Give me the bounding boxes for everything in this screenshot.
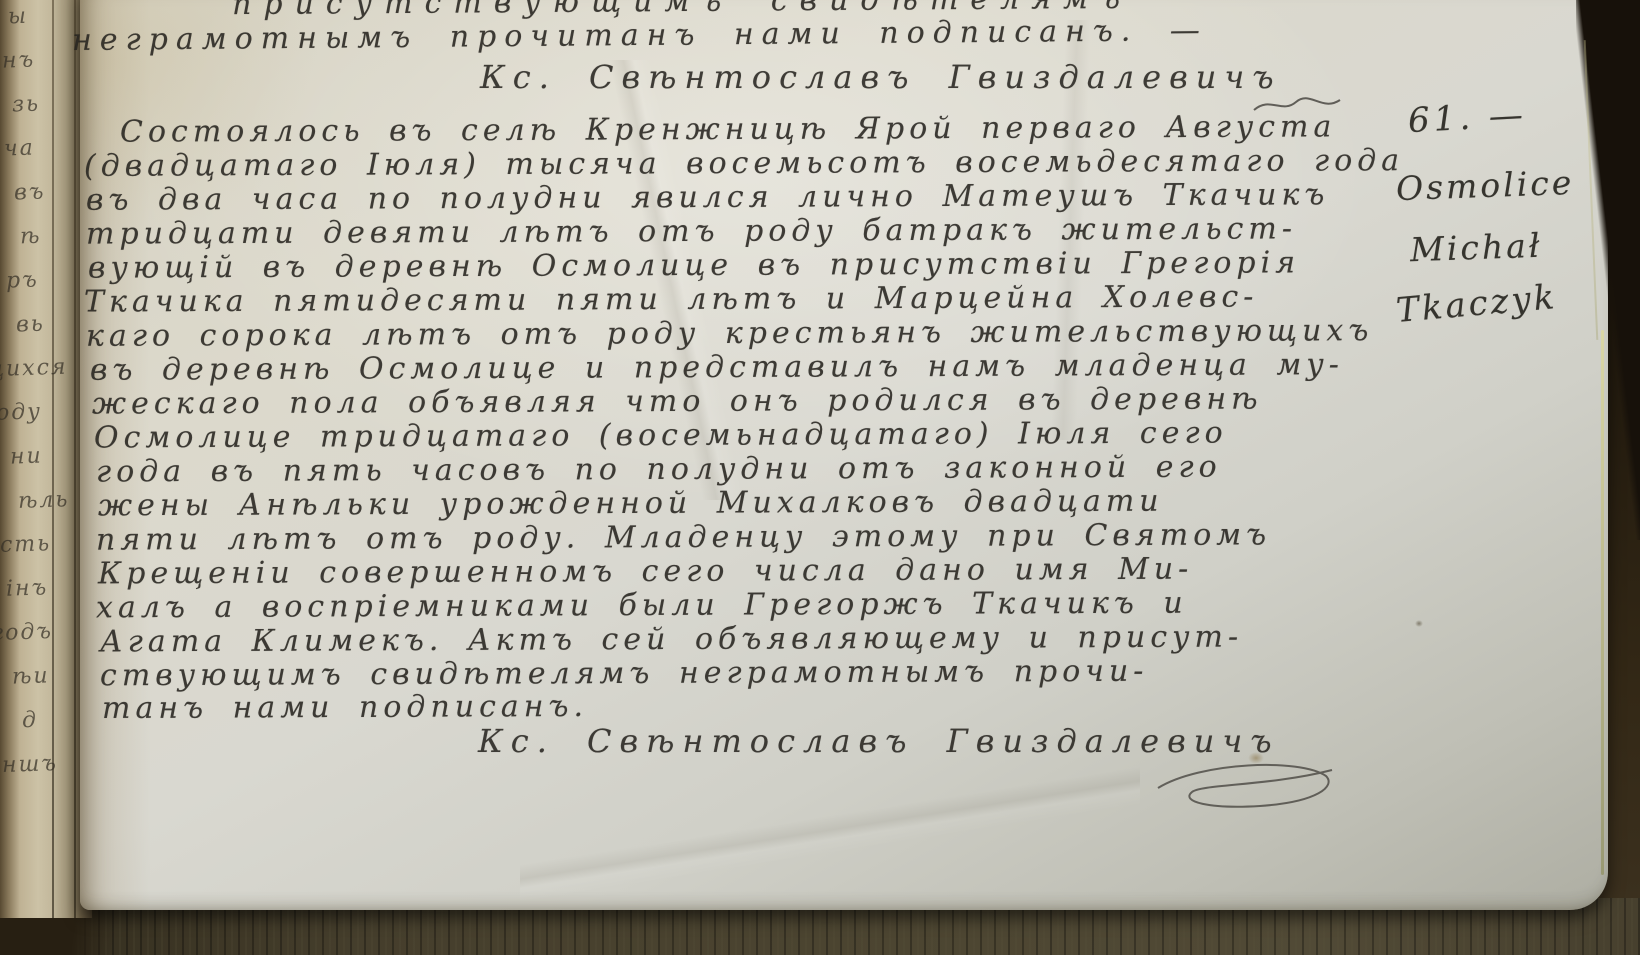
- page-fragment: годъ: [0, 619, 53, 646]
- page-fragment: оду: [0, 399, 42, 426]
- page-fragment: інъ: [6, 575, 49, 601]
- page-fragment: ѣ: [20, 224, 42, 250]
- page-edge-highlight: [1601, 330, 1604, 875]
- page-fragment: ни: [10, 443, 44, 469]
- page-fragment: сть: [0, 531, 52, 558]
- page-fragment: въ: [14, 179, 46, 205]
- record-line: ствующимъ свидѣтелямъ неграмотнымъ прочи…: [100, 654, 1149, 694]
- page-fragment: ча: [4, 135, 36, 161]
- record-line: жены Анѣльки урожденной Михалковъ двадца…: [98, 484, 1164, 524]
- page-fragment: щихся: [0, 355, 68, 383]
- previous-page-strip: ы нъ зь ча въ ѣ ръ вь щихся оду ни ѣль с…: [0, 0, 92, 918]
- page-fragment: д: [22, 708, 39, 734]
- page-fragment: ѣль: [18, 487, 70, 514]
- page-edge-line: [74, 0, 76, 918]
- priest-signature: Кс. Свѣнтославъ Гвиздалевичъ: [478, 722, 1280, 760]
- page-fragment: ншъ: [2, 751, 59, 778]
- margin-given-name: Michał: [1409, 226, 1543, 270]
- margin-place-name: Osmolice: [1395, 163, 1575, 208]
- page-fragment: ѣи: [12, 663, 50, 689]
- record-line: халъ а воспріемниками были Грегоржъ Ткач…: [96, 586, 1188, 626]
- page-fragment: ръ: [6, 267, 40, 293]
- page-fragment: нъ: [2, 47, 36, 73]
- paper-stain: [1415, 620, 1423, 627]
- priest-signature: Кс. Свѣнтославъ Гвиздалевичъ: [480, 58, 1282, 96]
- act-number: 61. —: [1407, 95, 1528, 141]
- page-fragment: ы: [8, 4, 29, 30]
- page-fragment: зь: [12, 92, 41, 118]
- page-edge-line: [52, 0, 54, 918]
- signature-flourish: [1150, 756, 1340, 816]
- register-book-photo: ы нъ зь ча въ ѣ ръ вь щихся оду ни ѣль с…: [0, 0, 1640, 955]
- page-fragment: вь: [16, 312, 46, 338]
- record-line: танъ нами подписанъ.: [102, 689, 588, 726]
